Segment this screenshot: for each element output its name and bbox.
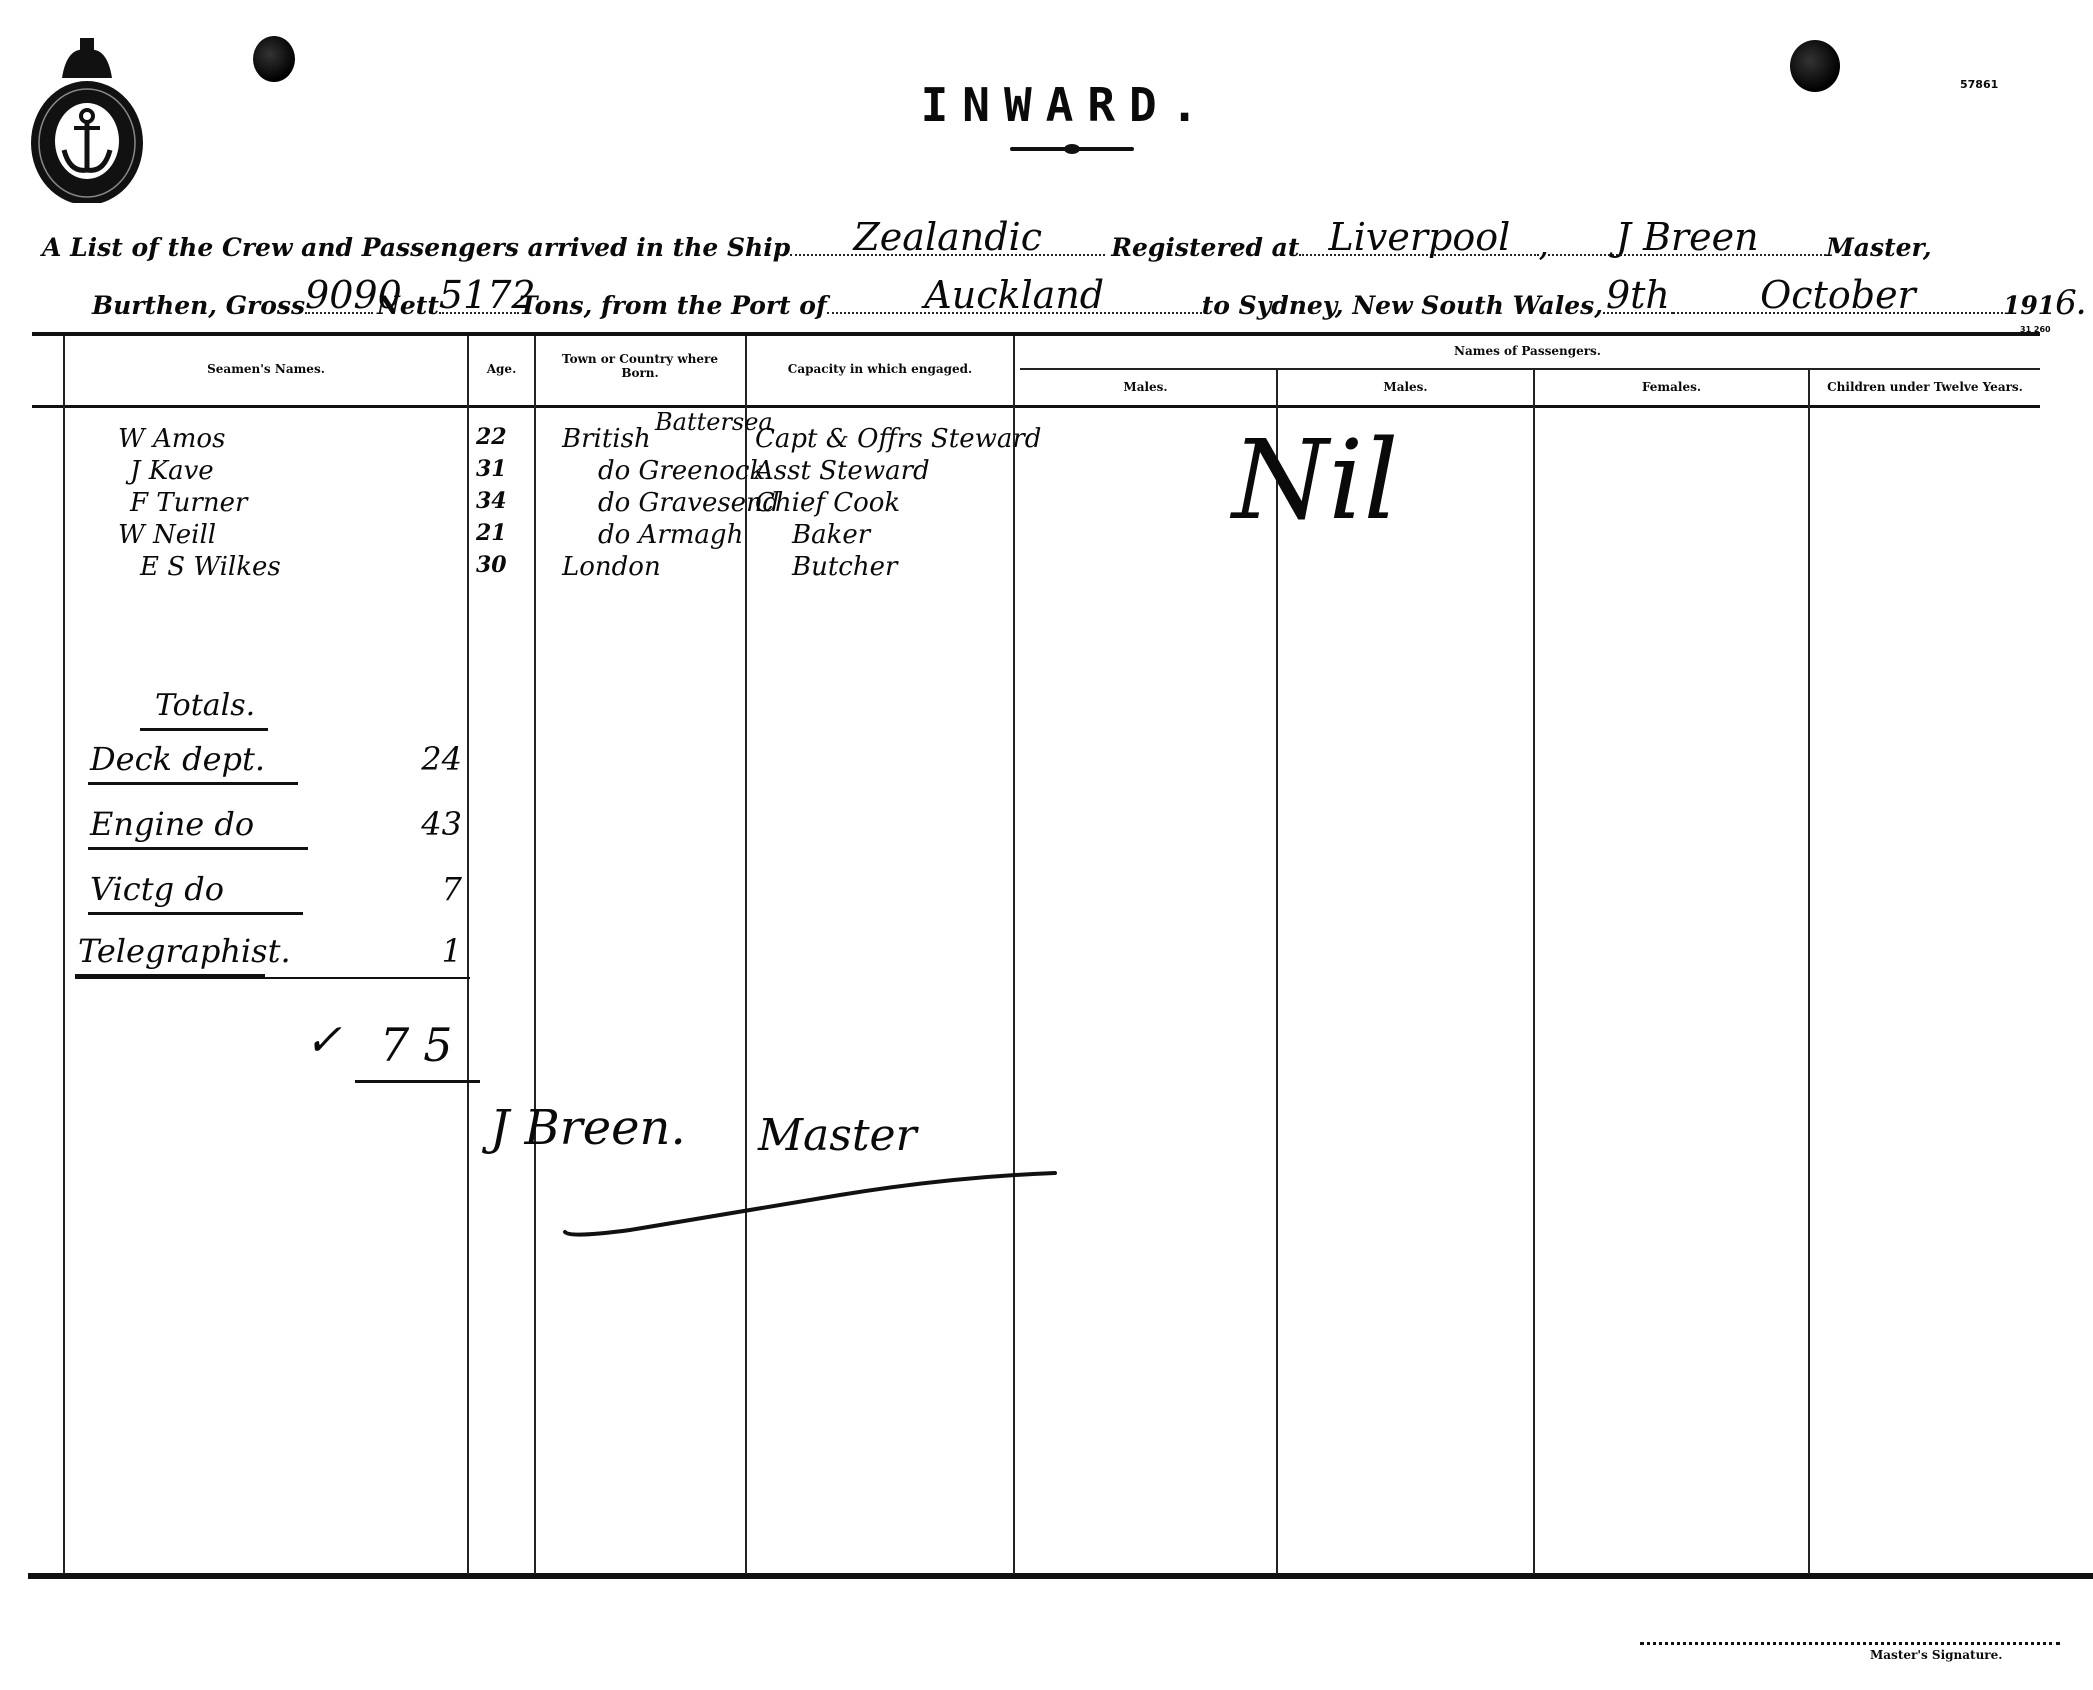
col-divider: [1276, 370, 1278, 1574]
col-divider: [467, 336, 469, 1574]
totals-sum-rule: [75, 977, 470, 979]
from-port-value: Auckland: [827, 276, 1202, 314]
col-header-females: Females.: [1535, 380, 1808, 394]
underline: [140, 728, 268, 731]
master-signature-name: J Breen.: [490, 1100, 686, 1156]
list-prefix-label: A List of the Crew and Passengers arrive…: [42, 233, 790, 262]
col-header-seamen-names: Seamen's Names.: [65, 362, 467, 376]
header-line-2: Burthen, Gross9090Nett5172Tons, from the…: [92, 283, 2085, 323]
underline: [88, 912, 303, 915]
crew-name: J Kave: [130, 456, 214, 486]
master-name-field: J Breen: [1548, 232, 1826, 256]
crew-age: 22: [476, 424, 507, 450]
crew-born: London: [562, 552, 661, 582]
gross-tons-field: 9090: [305, 290, 373, 314]
col-divider: [534, 336, 536, 1574]
punch-hole: [253, 36, 295, 82]
registered-label: Registered at: [1111, 233, 1299, 262]
totals-label: Engine do: [90, 805, 254, 843]
col-divider: [1533, 370, 1535, 1574]
col-divider: [745, 336, 747, 1574]
crew-name: E S Wilkes: [140, 552, 281, 582]
col-header-capacity: Capacity in which engaged.: [747, 362, 1013, 376]
master-label: Master,: [1826, 233, 1931, 262]
crew-age: 31: [476, 456, 507, 482]
totals-value: 1: [442, 932, 462, 970]
burthen-label: Burthen, Gross: [92, 291, 305, 320]
month-value: October: [1673, 276, 2003, 314]
col-header-males-1: Males.: [1015, 380, 1276, 394]
table-top-rule: [32, 332, 2040, 336]
col-header-passengers: Names of Passengers.: [1015, 344, 2040, 358]
col-header-born: Town or Country where Born.: [560, 352, 720, 380]
registered-port-value: Liverpool: [1299, 218, 1539, 256]
nett-tons-value: 5172: [439, 276, 519, 314]
registered-port-field: Liverpool: [1299, 232, 1539, 256]
day-field: 9th: [1603, 290, 1673, 314]
col-divider: [63, 336, 65, 1574]
header-bottom-rule: [32, 405, 2040, 408]
crew-capacity: Capt & Offrs Steward: [755, 424, 1041, 454]
crew-capacity: Baker: [792, 520, 870, 550]
underline: [88, 782, 298, 785]
col-divider: [1808, 370, 1810, 1574]
crew-name: W Amos: [118, 424, 225, 454]
crew-age: 34: [476, 488, 507, 514]
totals-label: Victg do: [90, 870, 224, 908]
master-signature-title: Master: [758, 1110, 917, 1161]
crew-name: W Neill: [118, 520, 216, 550]
gross-tons-value: 9090: [305, 276, 373, 314]
signature-flourish: [550, 1165, 1060, 1240]
crew-born: do Armagh: [598, 520, 743, 550]
totals-label: Telegraphist.: [78, 932, 291, 970]
totals-value: 7: [442, 870, 462, 908]
crew-age: 30: [476, 552, 507, 578]
born-annotation: Battersea: [655, 408, 773, 436]
tons-from-label: Tons, from the Port of: [519, 291, 827, 320]
year-prefix: 191: [2003, 291, 2055, 320]
totals-value: 43: [421, 805, 462, 843]
master-name-value: J Breen: [1548, 218, 1826, 256]
master-signature-line: [1640, 1642, 2060, 1645]
year-suffix: 6: [2055, 283, 2077, 323]
title-ornament-rule: [1010, 147, 1134, 151]
to-sydney-label: to Sydney, New South Wales,: [1202, 291, 1603, 320]
crew-born: do Gravesend: [598, 488, 779, 518]
crew-age: 21: [476, 520, 507, 546]
passengers-nil: Nil: [1232, 420, 1399, 540]
totals-label: Deck dept.: [90, 740, 265, 778]
totals-value: 24: [421, 740, 462, 778]
grand-total-value: 75: [380, 1018, 467, 1072]
table-bottom-rule: [28, 1573, 2093, 1579]
header-line-1: A List of the Crew and Passengers arrive…: [42, 232, 1932, 262]
crew-capacity: Asst Steward: [755, 456, 930, 486]
check-mark-icon: ✓: [305, 1015, 342, 1066]
crew-born: do Greenock: [598, 456, 765, 486]
month-field: October: [1673, 290, 2003, 314]
day-value: 9th: [1603, 276, 1673, 314]
master-signature-label: Master's Signature.: [1870, 1648, 2002, 1662]
underline: [88, 847, 308, 850]
col-divider: [1013, 336, 1015, 1574]
passengers-subheader-rule: [1020, 368, 2040, 370]
ship-name-field: Zealandic: [790, 232, 1105, 256]
grand-total-underline: [355, 1080, 480, 1083]
col-header-age: Age.: [469, 362, 534, 376]
crew-capacity: Butcher: [792, 552, 897, 582]
col-header-children: Children under Twelve Years.: [1810, 380, 2040, 394]
col-header-males-2: Males.: [1278, 380, 1533, 394]
from-port-field: Auckland: [827, 290, 1202, 314]
crew-capacity: Chief Cook: [755, 488, 900, 518]
crew-name: F Turner: [130, 488, 247, 518]
document-title: INWARD.: [0, 78, 2093, 132]
crew-born: British: [562, 424, 651, 454]
ship-name-value: Zealandic: [790, 218, 1105, 256]
totals-heading: Totals.: [155, 688, 255, 723]
nett-tons-field: 5172: [439, 290, 519, 314]
